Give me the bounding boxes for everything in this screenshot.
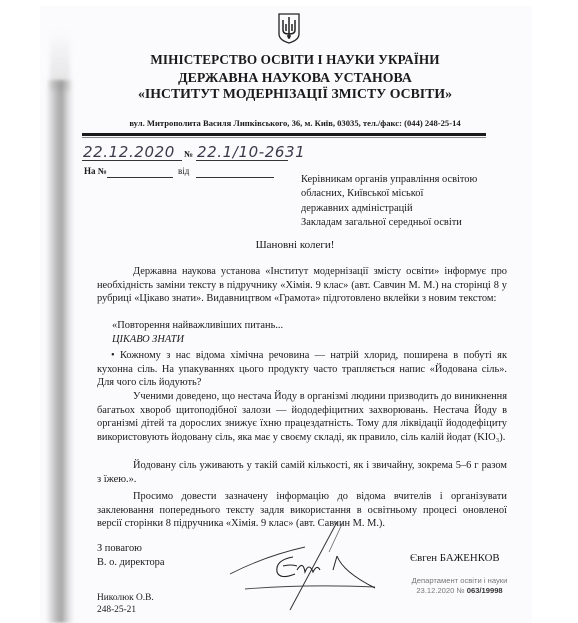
date-underline	[82, 160, 182, 161]
stamp-number-label: №	[456, 586, 464, 595]
handwritten-signature	[225, 522, 395, 623]
institution-name-line-2: «ІНСТИТУТ МОДЕРНІЗАЦІЇ ЗМІСТУ ОСВІТИ»	[60, 86, 530, 102]
institution-name-line-1: ДЕРЖАВНА НАУКОВА УСТАНОВА	[60, 70, 530, 86]
letterhead-divider-thin	[82, 137, 486, 138]
reply-from-label: від	[178, 166, 189, 176]
registration-number: 22.1/10-2631	[197, 143, 305, 161]
closing-block: З повагою В. о. директора	[97, 542, 165, 570]
reply-to-blank	[107, 177, 173, 178]
recipients-block: Керівникам органів управління освітою об…	[301, 173, 477, 231]
letterhead-divider	[82, 133, 486, 136]
incoming-registration-stamp: Департамент освіти і науки 23.12.2020 № …	[392, 576, 527, 595]
recipient-line: державних адміністрацій	[301, 202, 477, 216]
executor-name: Николюк О.В.	[97, 593, 154, 605]
reply-from-blank	[196, 177, 274, 178]
closing-regards: З повагою	[97, 542, 165, 556]
stamp-date: 23.12.2020	[416, 586, 454, 595]
paragraph-iodine-deficiency: Ученими доведено, що нестача Йоду в орга…	[97, 390, 507, 444]
registration-number-label: №	[184, 149, 193, 159]
reply-to-label: На №	[84, 166, 107, 176]
registration-date: 22.12.2020	[83, 143, 175, 161]
quote-rubric: ЦІКАВО ЗНАТИ	[112, 334, 184, 345]
recipient-line: Керівникам органів управління освітою	[301, 173, 477, 187]
recipient-line: обласних, Київської міської	[301, 187, 477, 201]
executor-block: Николюк О.В. 248-25-21	[97, 593, 154, 616]
paragraph-salt-text: • Кожному з нас відома хімічна речовина …	[97, 349, 507, 390]
ministry-name: МІНІСТЕРСТВО ОСВІТИ І НАУКИ УКРАЇНИ	[60, 52, 530, 68]
closing-position: В. о. директора	[97, 556, 165, 570]
institution-address: вул. Митрополита Василя Липківського, 36…	[60, 118, 530, 128]
tryzub-coat-of-arms-icon	[277, 12, 301, 44]
stamp-date-number: 23.12.2020 № 063/19998	[392, 586, 527, 596]
recipient-line: Закладам загальної середньої освіти	[301, 216, 477, 230]
stamp-department: Департамент освіти і науки	[392, 576, 527, 586]
number-underline	[196, 160, 288, 161]
quote-heading: «Повторення найважливіших питань...	[112, 320, 283, 331]
paragraph-salt: • Кожному з нас відома хімічна речовина …	[97, 349, 507, 390]
scanner-shadow	[46, 80, 74, 623]
executor-phone: 248-25-21	[97, 605, 154, 617]
paragraph-intro: Державна наукова установа «Інститут моде…	[97, 265, 507, 306]
paragraph-usage: Йодовану сіль уживають у такій самій кіл…	[97, 459, 507, 486]
stamp-number: 063/19998	[467, 586, 503, 595]
greeting: Шановні колеги!	[60, 239, 530, 251]
signer-name: Євген БАЖЕНКОВ	[410, 552, 500, 564]
